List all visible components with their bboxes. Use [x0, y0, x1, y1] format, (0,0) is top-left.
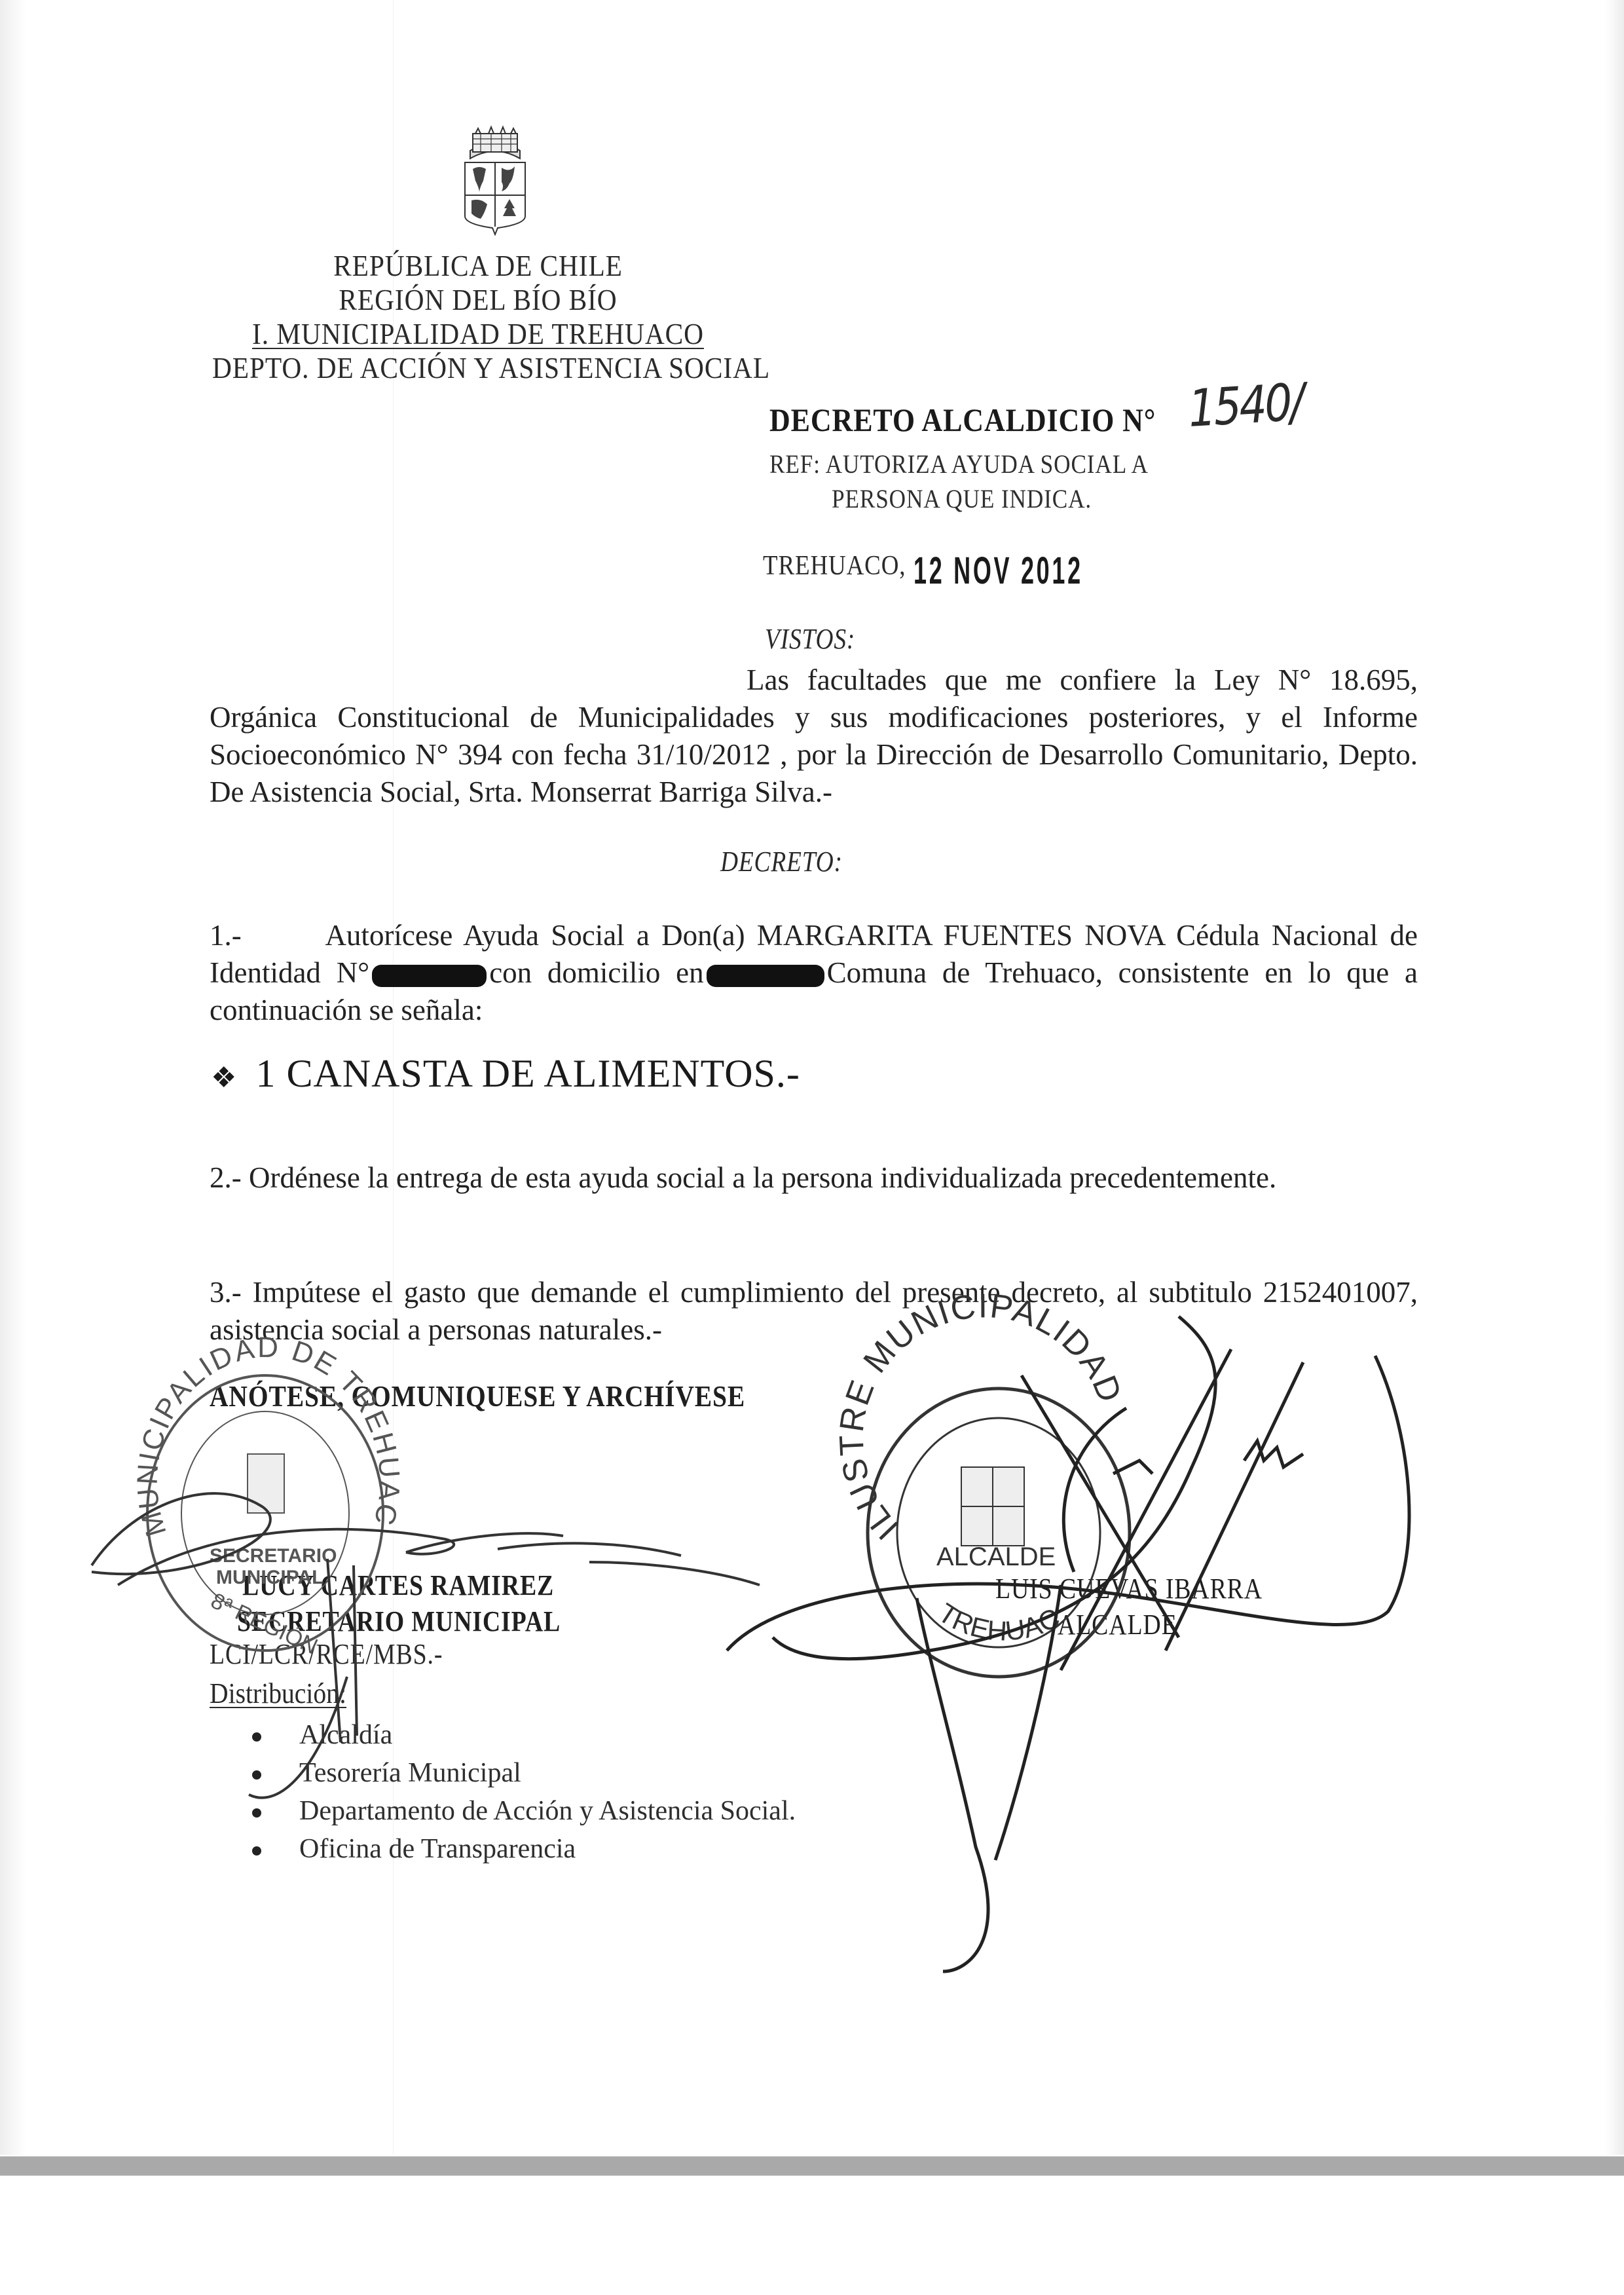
decree-reference-cont: PERSONA QUE INDICA. — [832, 483, 1092, 514]
decree-item-1: 1.- Autorícese Ayuda Social a Don(a) MAR… — [210, 917, 1418, 1029]
bullet-icon — [252, 1770, 261, 1780]
decreto-heading: DECRETO: — [720, 845, 843, 878]
benefit-item: ❖1 CANASTA DE ALIMENTOS.- — [211, 1051, 800, 1096]
mayor-signature — [727, 1316, 1409, 1971]
scanner-bottom-band — [0, 2156, 1624, 2176]
bullet-icon — [252, 1808, 261, 1818]
typist-initials: LCI/LCR/RCE/MBS.- — [210, 1637, 443, 1671]
vistos-heading: VISTOS: — [765, 622, 855, 656]
redacted-id-number — [372, 965, 487, 987]
distribution-item: Alcaldía — [252, 1716, 796, 1754]
mayor-title: ALCALDE — [1058, 1608, 1177, 1641]
closing-formula: ANÓTESE, COMUNIQUESE Y ARCHÍVESE — [210, 1379, 745, 1413]
distribution-heading: Distribución: — [210, 1677, 346, 1710]
vistos-text: Las facultades que me confiere la Ley N°… — [210, 663, 1418, 808]
secretary-title: SECRETARIO MUNICIPAL — [237, 1605, 561, 1638]
redacted-address — [707, 965, 824, 987]
place: TREHUACO, — [763, 550, 906, 582]
header-department: DEPTO. DE ACCIÓN Y ASISTENCIA SOCIAL — [167, 351, 815, 385]
item-1-prefix: 1.- — [210, 919, 242, 952]
distribution-item: Tesorería Municipal — [252, 1754, 796, 1792]
scan-edge-left — [0, 0, 26, 2155]
distribution-item-label: Tesorería Municipal — [299, 1758, 521, 1788]
item-1-text-b: con domicilio en — [489, 956, 703, 989]
header-region: REGIÓN DEL BÍO BÍO — [183, 283, 773, 317]
secretary-name: LUCY CARTES RAMIREZ — [242, 1569, 554, 1602]
header-country: REPÚBLICA DE CHILE — [183, 249, 773, 283]
scan-edge-right — [1604, 0, 1624, 2155]
distribution-list: Alcaldía Tesorería Municipal Departament… — [252, 1716, 796, 1868]
distribution-item: Departamento de Acción y Asistencia Soci… — [252, 1792, 796, 1830]
decree-number-handwritten: 1540/ — [1187, 373, 1304, 439]
coat-of-arms-icon — [458, 124, 532, 236]
decree-title: DECRETO ALCALDICIO N° — [769, 401, 1156, 439]
decree-item-2: 2.- Ordénese la entrega de esta ayuda so… — [210, 1159, 1418, 1197]
header-municipality-text: I. MUNICIPALIDAD DE TREHUACO — [252, 317, 704, 350]
date-stamp: 12 NOV 2012 — [913, 549, 1083, 593]
distribution-item-label: Departamento de Acción y Asistencia Soci… — [299, 1796, 796, 1826]
distribution-item-label: Oficina de Transparencia — [299, 1834, 576, 1864]
decree-item-3: 3.- Impútese el gasto que demande el cum… — [210, 1274, 1418, 1349]
bullet-icon — [252, 1846, 261, 1856]
secretary-stamp-center-1: SECRETARIO — [210, 1545, 337, 1567]
benefit-text: 1 CANASTA DE ALIMENTOS.- — [255, 1052, 800, 1095]
distribution-item-label: Alcaldía — [299, 1720, 392, 1750]
distribution-item: Oficina de Transparencia — [252, 1830, 796, 1868]
decree-reference: REF: AUTORIZA AYUDA SOCIAL A — [769, 449, 1149, 479]
diamond-bullet-icon: ❖ — [211, 1062, 237, 1094]
bullet-icon — [252, 1732, 261, 1742]
header-municipality: I. MUNICIPALIDAD DE TREHUACO — [183, 317, 773, 351]
mayor-name: LUIS CUEVAS IBARRA — [995, 1572, 1263, 1605]
mayor-stamp-center: ALCALDE — [936, 1542, 1056, 1571]
vistos-paragraph: Las facultades que me confiere la Ley N°… — [210, 662, 1418, 811]
